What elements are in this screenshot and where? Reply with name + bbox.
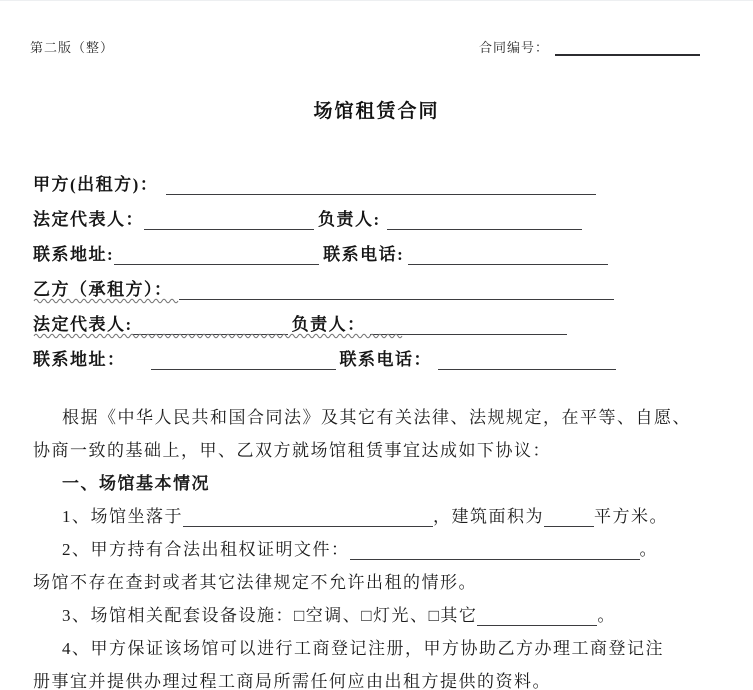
document-header: 第二版（整） 合同编号： — [0, 1, 753, 56]
clause-1-text-3: 平方米。 — [594, 507, 668, 526]
clause-1-text-2: ，建筑面积为 — [433, 507, 544, 526]
clause-3-line: 3、场馆相关配套设备设施：□空调、□灯光、□其它。 — [33, 599, 733, 632]
clause-2-text-1: 2、甲方持有合法出租权证明文件： — [62, 540, 350, 559]
party-b-contact-row: 联系地址：联系电话： — [33, 342, 733, 377]
party-a-phone-label: 联系电话: — [323, 245, 404, 264]
clause-2-line-2: 场馆不存在查封或者其它法律规定不允许出租的情形。 — [33, 566, 733, 599]
checkbox-lighting[interactable]: □灯光 — [361, 606, 410, 625]
floor-area-blank[interactable] — [544, 525, 594, 527]
spellcheck-squiggle — [33, 297, 180, 304]
party-b-rep-row: 法定代表人:负责人： — [33, 307, 733, 342]
party-a-rep-row: 法定代表人：负责人: — [33, 202, 733, 237]
party-b-phone-blank[interactable] — [438, 368, 616, 370]
clause-4-line-1: 4、甲方保证该场馆可以进行工商登记注册，甲方协助乙方办理工商登记注 — [33, 632, 733, 665]
party-a-legal-rep-label: 法定代表人： — [33, 210, 144, 229]
party-a-principal-label: 负责人: — [318, 210, 381, 229]
clause-2-text-2: 。 — [640, 540, 659, 559]
preamble-line-2: 协商一致的基础上，甲、乙双方就场馆租赁事宜达成如下协议： — [33, 434, 733, 467]
party-a-name-row: 甲方(出租方)： — [33, 167, 733, 202]
party-a-name-blank[interactable] — [166, 193, 596, 195]
ownership-proof-blank[interactable] — [350, 558, 640, 560]
clause-3-sep-2: 、 — [410, 606, 429, 625]
party-b-phone-label: 联系电话： — [340, 350, 433, 369]
party-a-name-label: 甲方(出租方)： — [33, 175, 158, 194]
clause-1-line: 1、场馆坐落于，建筑面积为平方米。 — [33, 500, 733, 533]
clause-2-line-1: 2、甲方持有合法出租权证明文件：。 — [33, 533, 733, 566]
venue-location-blank[interactable] — [183, 525, 433, 527]
parties-block: 甲方(出租方)： 法定代表人：负责人: 联系地址:联系电话: 乙方（承租方）： … — [33, 167, 733, 377]
party-a-address-label: 联系地址: — [33, 245, 114, 264]
party-b-name-row: 乙方（承租方）： — [33, 272, 733, 307]
party-b-name-blank[interactable] — [179, 298, 614, 300]
checkbox-other[interactable]: □其它 — [429, 606, 478, 625]
party-a-principal-blank[interactable] — [387, 228, 582, 230]
page-title: 场馆租赁合同 — [0, 96, 753, 123]
party-a-contact-row: 联系地址:联系电话: — [33, 237, 733, 272]
party-a-phone-blank[interactable] — [408, 263, 608, 265]
clause-3-text-1: 3、场馆相关配套设备设施： — [62, 606, 294, 625]
preamble-line-1: 根据《中华人民共和国合同法》及其它有关法律、法规规定，在平等、自愿、 — [33, 401, 733, 434]
party-a-address-blank[interactable] — [114, 263, 319, 265]
clause-3-sep-1: 、 — [343, 606, 362, 625]
party-a-legal-rep-blank[interactable] — [144, 228, 314, 230]
checkbox-air-conditioning[interactable]: □空调 — [294, 606, 343, 625]
section-1-heading: 一、场馆基本情况 — [33, 467, 733, 500]
spellcheck-squiggle — [33, 332, 408, 339]
edition-label: 第二版（整） — [30, 37, 114, 56]
party-b-address-blank[interactable] — [151, 368, 336, 370]
other-facilities-blank[interactable] — [477, 624, 597, 626]
clause-1-text-1: 1、场馆坐落于 — [62, 507, 183, 526]
clause-3-text-2: 。 — [597, 606, 616, 625]
contract-number-blank[interactable] — [555, 53, 700, 56]
contract-body: 根据《中华人民共和国合同法》及其它有关法律、法规规定，在平等、自愿、 协商一致的… — [33, 401, 733, 690]
contract-number-label: 合同编号： — [479, 40, 549, 55]
contract-document-page: 第二版（整） 合同编号： 场馆租赁合同 甲方(出租方)： 法定代表人：负责人: … — [0, 0, 753, 690]
clause-4-line-2: 册事宜并提供办理过程工商局所需任何应由出租方提供的资料。 — [33, 665, 733, 690]
party-b-address-label: 联系地址： — [33, 350, 126, 369]
contract-number-field: 合同编号： — [479, 37, 700, 56]
